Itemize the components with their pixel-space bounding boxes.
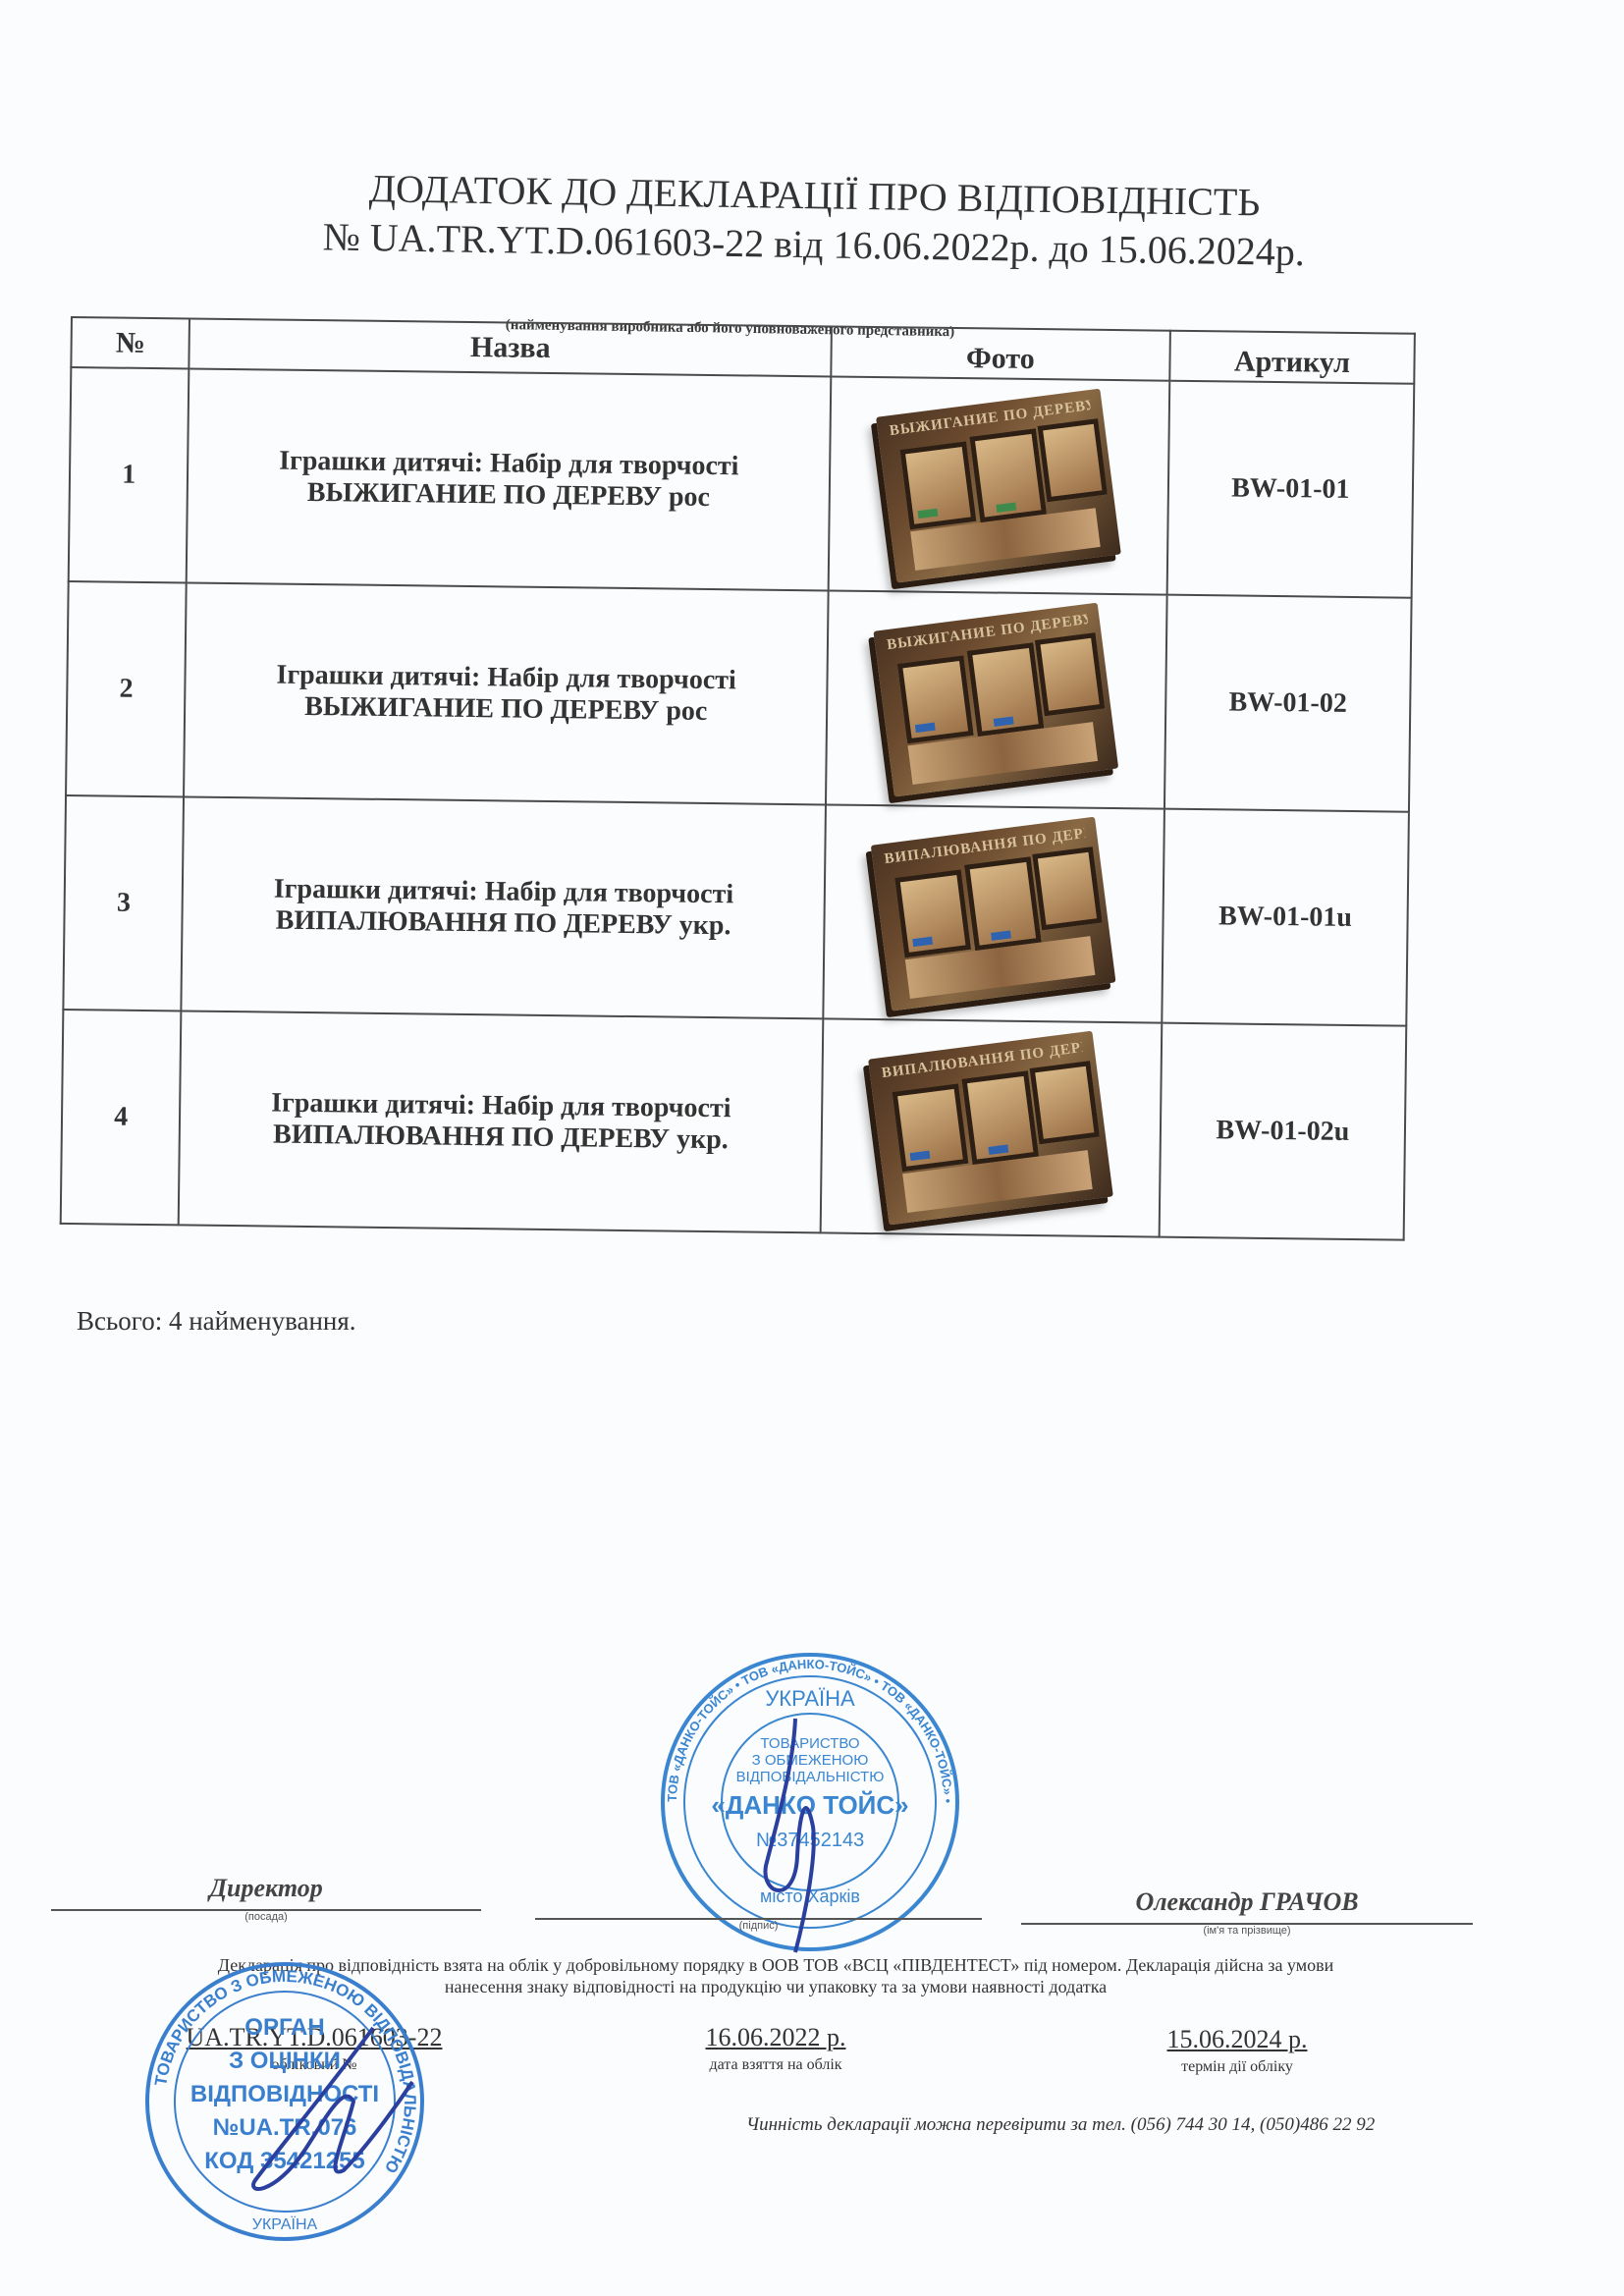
product-photo: ВИПАЛЮВАННЯ ПО ДЕРЕВУ: [871, 817, 1116, 1011]
header-name: Назва: [189, 318, 832, 376]
product-photo-cell: ВЫЖИГАНИЕ ПО ДЕРЕВУ: [826, 590, 1167, 808]
product-name: Іграшки дитячі: Набір для творчості ВЫЖИ…: [184, 582, 828, 804]
date-taken-caption: дата взяття на облік: [628, 2056, 923, 2074]
row-number: 1: [69, 367, 189, 582]
product-name-line-2: ВИПАЛЮВАННЯ ПО ДЕРЕВУ укр.: [185, 903, 823, 943]
page-title: ДОДАТОК ДО ДЕКЛАРАЦІЇ ПРО ВІДПОВІДНІСТЬ …: [234, 162, 1393, 279]
product-photo-cell: ВЫЖИГАНИЕ ПО ДЕРЕВУ: [828, 376, 1169, 594]
product-photo-cell: ВИПАЛЮВАННЯ ПО ДЕРЕВУ: [820, 1018, 1162, 1236]
product-photo: ВИПАЛЮВАННЯ ПО ДЕРЕВУ: [868, 1031, 1113, 1226]
valid-until: 15.06.2024 р.: [1090, 2025, 1384, 2054]
svg-text:УКРАЇНА: УКРАЇНА: [765, 1686, 855, 1711]
name-caption: (ім'я та прізвище): [1021, 1925, 1473, 1937]
header-photo: Фото: [831, 326, 1170, 380]
name-value: Олександр ГРАЧОВ: [1021, 1887, 1473, 1917]
verify-text: Чинність декларації можна перевірити за …: [746, 2114, 1375, 2136]
position-value: Директор: [51, 1874, 481, 1903]
product-name: Іграшки дитячі: Набір для творчості ВИПА…: [182, 796, 826, 1018]
header-num: №: [71, 317, 189, 368]
valid-until-field: 15.06.2024 р. термін дії обліку: [1090, 2025, 1384, 2076]
product-photo-cell: ВИПАЛЮВАННЯ ПО ДЕРЕВУ: [823, 804, 1164, 1022]
product-article: BW-01-02: [1164, 595, 1412, 812]
row-number: 4: [61, 1010, 182, 1225]
products-table: № Назва Фото Артикул 1 Іграшки дитячі: Н…: [60, 316, 1416, 1241]
table-row: 3 Іграшки дитячі: Набір для творчості ВИ…: [63, 795, 1409, 1026]
date-taken-field: 16.06.2022 р. дата взяття на облік: [628, 2023, 923, 2074]
table-row: 4 Іграшки дитячі: Набір для творчості ВИ…: [61, 1010, 1407, 1240]
product-photo: ВЫЖИГАНИЕ ПО ДЕРЕВУ: [874, 603, 1119, 797]
product-article: BW-01-01: [1166, 381, 1414, 598]
director-signature: [736, 1709, 854, 1954]
row-number: 3: [63, 795, 184, 1011]
product-name: Іграшки дитячі: Набір для творчості ВИПА…: [179, 1011, 823, 1232]
registrar-signature: [226, 2023, 422, 2200]
svg-text:УКРАЇНА: УКРАЇНА: [252, 2215, 318, 2233]
position-caption: (посада): [51, 1911, 481, 1923]
table-row: 1 Іграшки дитячі: Набір для творчості ВЫ…: [69, 367, 1415, 598]
product-name: Іграшки дитячі: Набір для творчості ВЫЖИ…: [187, 368, 831, 590]
product-photo: ВЫЖИГАНИЕ ПО ДЕРЕВУ: [876, 389, 1121, 583]
product-article: BW-01-02u: [1160, 1023, 1407, 1240]
table-row: 2 Іграшки дитячі: Набір для творчості ВЫ…: [66, 581, 1412, 812]
valid-until-caption: термін дії обліку: [1090, 2058, 1384, 2076]
product-article: BW-01-01u: [1162, 809, 1409, 1026]
product-name-line-2: ВИПАЛЮВАННЯ ПО ДЕРЕВУ укр.: [182, 1118, 820, 1157]
header-article: Артикул: [1169, 331, 1415, 384]
row-number: 2: [66, 581, 187, 796]
date-taken: 16.06.2022 р.: [628, 2023, 923, 2052]
total-count: Всього: 4 найменування.: [77, 1306, 356, 1337]
